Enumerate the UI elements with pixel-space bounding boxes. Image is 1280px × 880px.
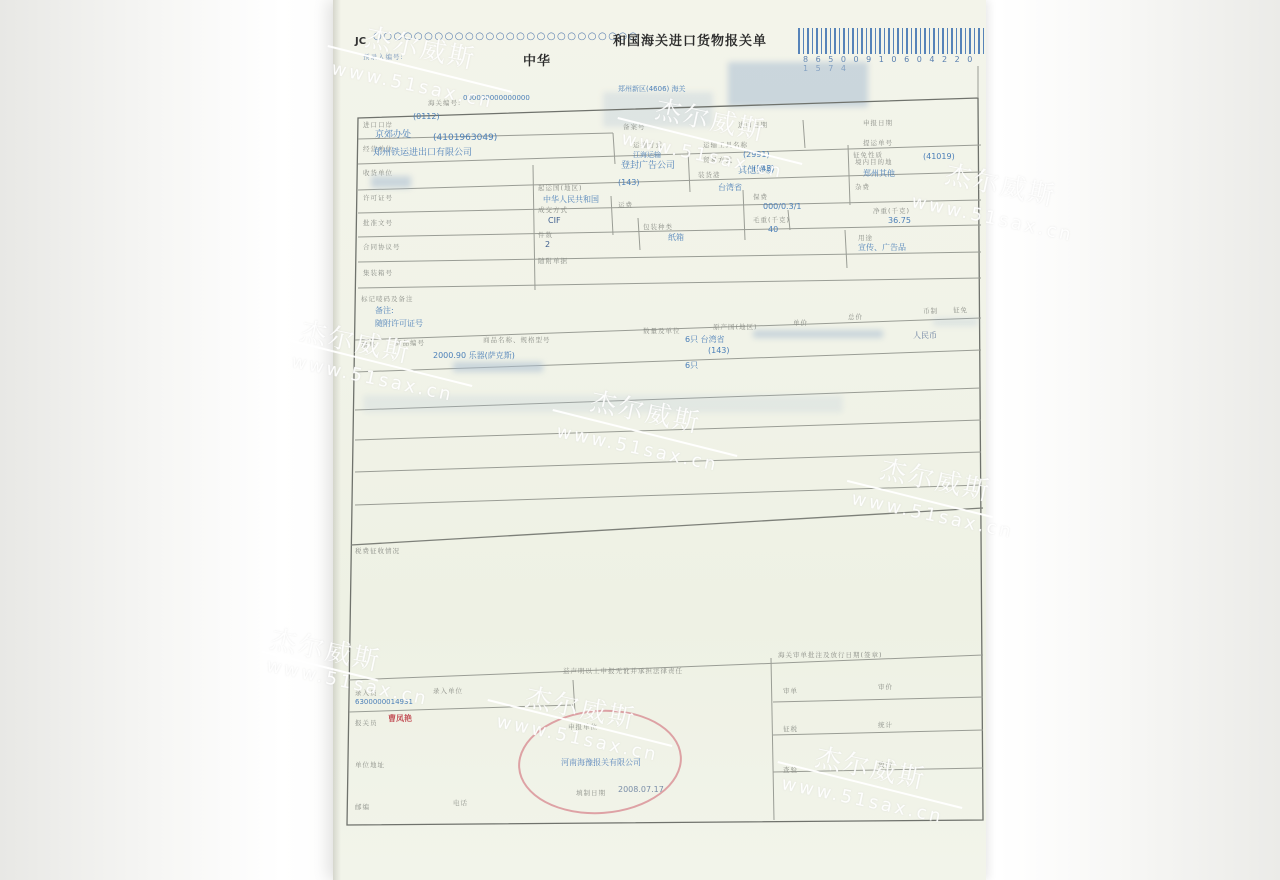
goods-header-unit-price: 单价 [793,318,808,327]
attached-docs-label: 随附单据 [538,256,568,265]
packages-value: 2 [545,240,550,249]
trade-mode-label: 贸易方式 [703,155,733,164]
marks-label: 标记唛码及备注 [361,294,414,303]
stats-label: 统计 [878,720,893,729]
marks-line2: 随附许可证号 [375,318,423,329]
import-port-code: (0112) [413,112,440,121]
goods-header-item-no: 项号 [361,340,376,349]
goods-header-total: 总价 [848,312,863,321]
declaration-statement: 兹声明以上申报无讹并承担法律责任 [563,666,683,675]
goods-quantity-2: 6只 [685,360,698,371]
destination-label: 境内目的地 [855,157,893,166]
usage-label: 用途 [858,233,873,242]
import-port-value: 京郊办处 [375,127,411,140]
packages-label: 件数 [538,230,553,239]
release-label: 放行 [878,760,893,769]
goods-currency: 人民币 [913,330,937,341]
tax-label: 征税 [783,724,798,733]
phone-label: 电话 [453,798,468,807]
deal-mode-label: 成交方式 [538,205,568,214]
fill-date-label: 填制日期 [576,788,606,797]
loading-port-value: 台湾省 [718,182,742,193]
deal-mode-value: CIF [548,216,561,225]
goods-header-origin: 原产国(地区) [713,322,758,331]
package-type-label: 包装种类 [643,222,673,231]
gross-weight-label: 毛重(千克) [753,215,790,224]
examine-label: 审价 [878,682,893,691]
origin-country-label: 起运国(地区) [538,183,583,192]
redacted-exemption [933,318,978,326]
consignee-value: 登封广告公司 [621,158,675,171]
goods-quantity: 6只 台湾省 [685,334,725,345]
license-label: 许可证号 [363,193,393,202]
postcode-label: 邮编 [355,802,370,811]
stamp-company: 河南海豫报关有限公司 [561,757,641,768]
net-weight-label: 净重(千克) [873,206,910,215]
freight-label: 运费 [618,200,633,209]
origin-country-code: (143) [618,178,640,187]
container-no-label: 集装箱号 [363,268,393,277]
operator-code: (4101963049) [433,133,497,143]
goods-origin-code: (143) [708,346,730,355]
gross-weight-value: 40 [768,225,778,234]
origin-country-value: 中华人民共和国 [543,194,599,205]
loading-port-code: (143) [753,164,775,173]
unit-address-label: 单位地址 [355,760,385,769]
contract-no-label: 合同协议号 [363,242,401,251]
premium-value: 000/0.3/1 [763,202,801,211]
premium-label: 保费 [753,192,768,201]
faded-ink [363,395,843,413]
destination-value: 郑州其他 [863,168,895,179]
review-label: 审单 [783,686,798,695]
transport-mode-label: 运输方式 [633,140,663,149]
declarant-label: 报关员 [355,718,378,727]
goods-header-code: 商品编号 [395,338,425,347]
package-type-value: 纸箱 [668,232,684,243]
bill-no-label: 提运单号 [863,138,893,147]
destination-code: (41019) [923,152,955,161]
goods-product: 2000.90 乐器(萨克斯) [433,350,515,361]
tax-section-label: 税费征收情况 [355,546,400,555]
entry-unit-label: 录入单位 [433,686,463,695]
customs-declaration-form: JC ○○○○○○○○○○○○○○○○○○○○○○○○○○ 预录入编号: 中华 … [333,0,986,880]
misc-fee-label: 杂费 [855,182,870,191]
operator-value: 郑州铁运进出口有限公司 [373,145,472,158]
declare-date-label: 申报日期 [863,118,893,127]
loading-port-label: 装货港 [698,170,721,179]
redacted-consignee [371,176,411,188]
customs-review-label: 海关审单批注及放行日期(签章) [778,650,883,659]
goods-header-name: 商品名称、规格型号 [483,335,551,344]
entry-clerk-code: 6300000014931 [355,698,413,706]
goods-header-quantity: 数量及单位 [643,326,681,335]
goods-header-exemption: 征免 [953,305,968,314]
entry-clerk-label: 录入员 [355,688,378,697]
goods-header-currency: 币制 [923,306,938,315]
declarant-value: 曹凤艳 [388,713,412,724]
usage-value: 宣传、广告品 [858,242,906,253]
import-date-label: 进口日期 [738,120,768,129]
approval-no-label: 批准文号 [363,218,393,227]
redacted-price [753,330,883,338]
redacted-spec [453,362,543,372]
net-weight-value: 36.75 [888,216,911,225]
fill-date-value: 2008.07.17 [618,785,664,794]
marks-line1: 备注: [375,305,394,316]
